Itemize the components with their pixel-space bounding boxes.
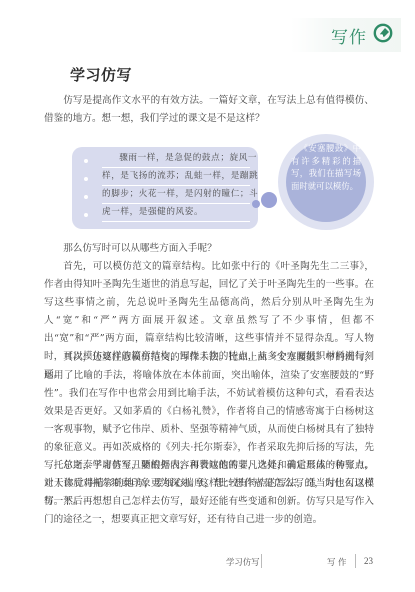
question-paragraph: 那么仿写时可以从哪些方面入手呢？ [44,240,374,258]
quote-line: 样，是飞扬的流苏；乱蛙一样，是蹦跳 [102,167,250,186]
intro-paragraph: 仿写是提高作文水平的有效方法。一篇好文章，在写法上总有值得模仿、借鉴的地方。想一… [44,92,374,128]
bullet-dot [84,213,88,217]
quote-line: 的脚步；火花一样，是闪射的瞳仁；斗 [102,185,250,204]
quote-line: 骤雨一样，是急促的鼓点；旋风一 [102,149,250,168]
connector-bubble-medium [261,192,277,208]
section-title: 学习仿写 [70,64,132,85]
bullet-dot [84,159,88,163]
connector-bubble-small [252,200,260,208]
quote-line: 虎一样，是强健的风姿。 [102,203,250,222]
page-number: 23 [364,556,373,566]
chapter-header: 写作 [291,18,401,52]
quote-box: 骤雨一样，是急促的鼓点；旋风一 样，是飞扬的流苏；乱蛙一样，是蹦跳 的脚步；火花… [72,147,258,229]
pen-nib-circle-icon [373,23,393,47]
footer-section-name: 学习仿写 [226,556,260,568]
bullet-dot [84,195,88,199]
footer-divider [261,554,262,568]
summary-paragraph: 总之，学习仿写，要根据内容和表达的需要，选择和确定具体的仿写点。对于你觉得精彩的… [44,457,374,529]
callout-text: 《安塞腰鼓》中有许多精彩的描写，我们在描写场面时就可以模仿。 [291,142,361,192]
footer-divider [355,554,356,568]
footer-chapter-name: 写 作 [327,556,346,568]
chapter-label: 写作 [331,23,367,48]
bullet-dot [84,177,88,181]
